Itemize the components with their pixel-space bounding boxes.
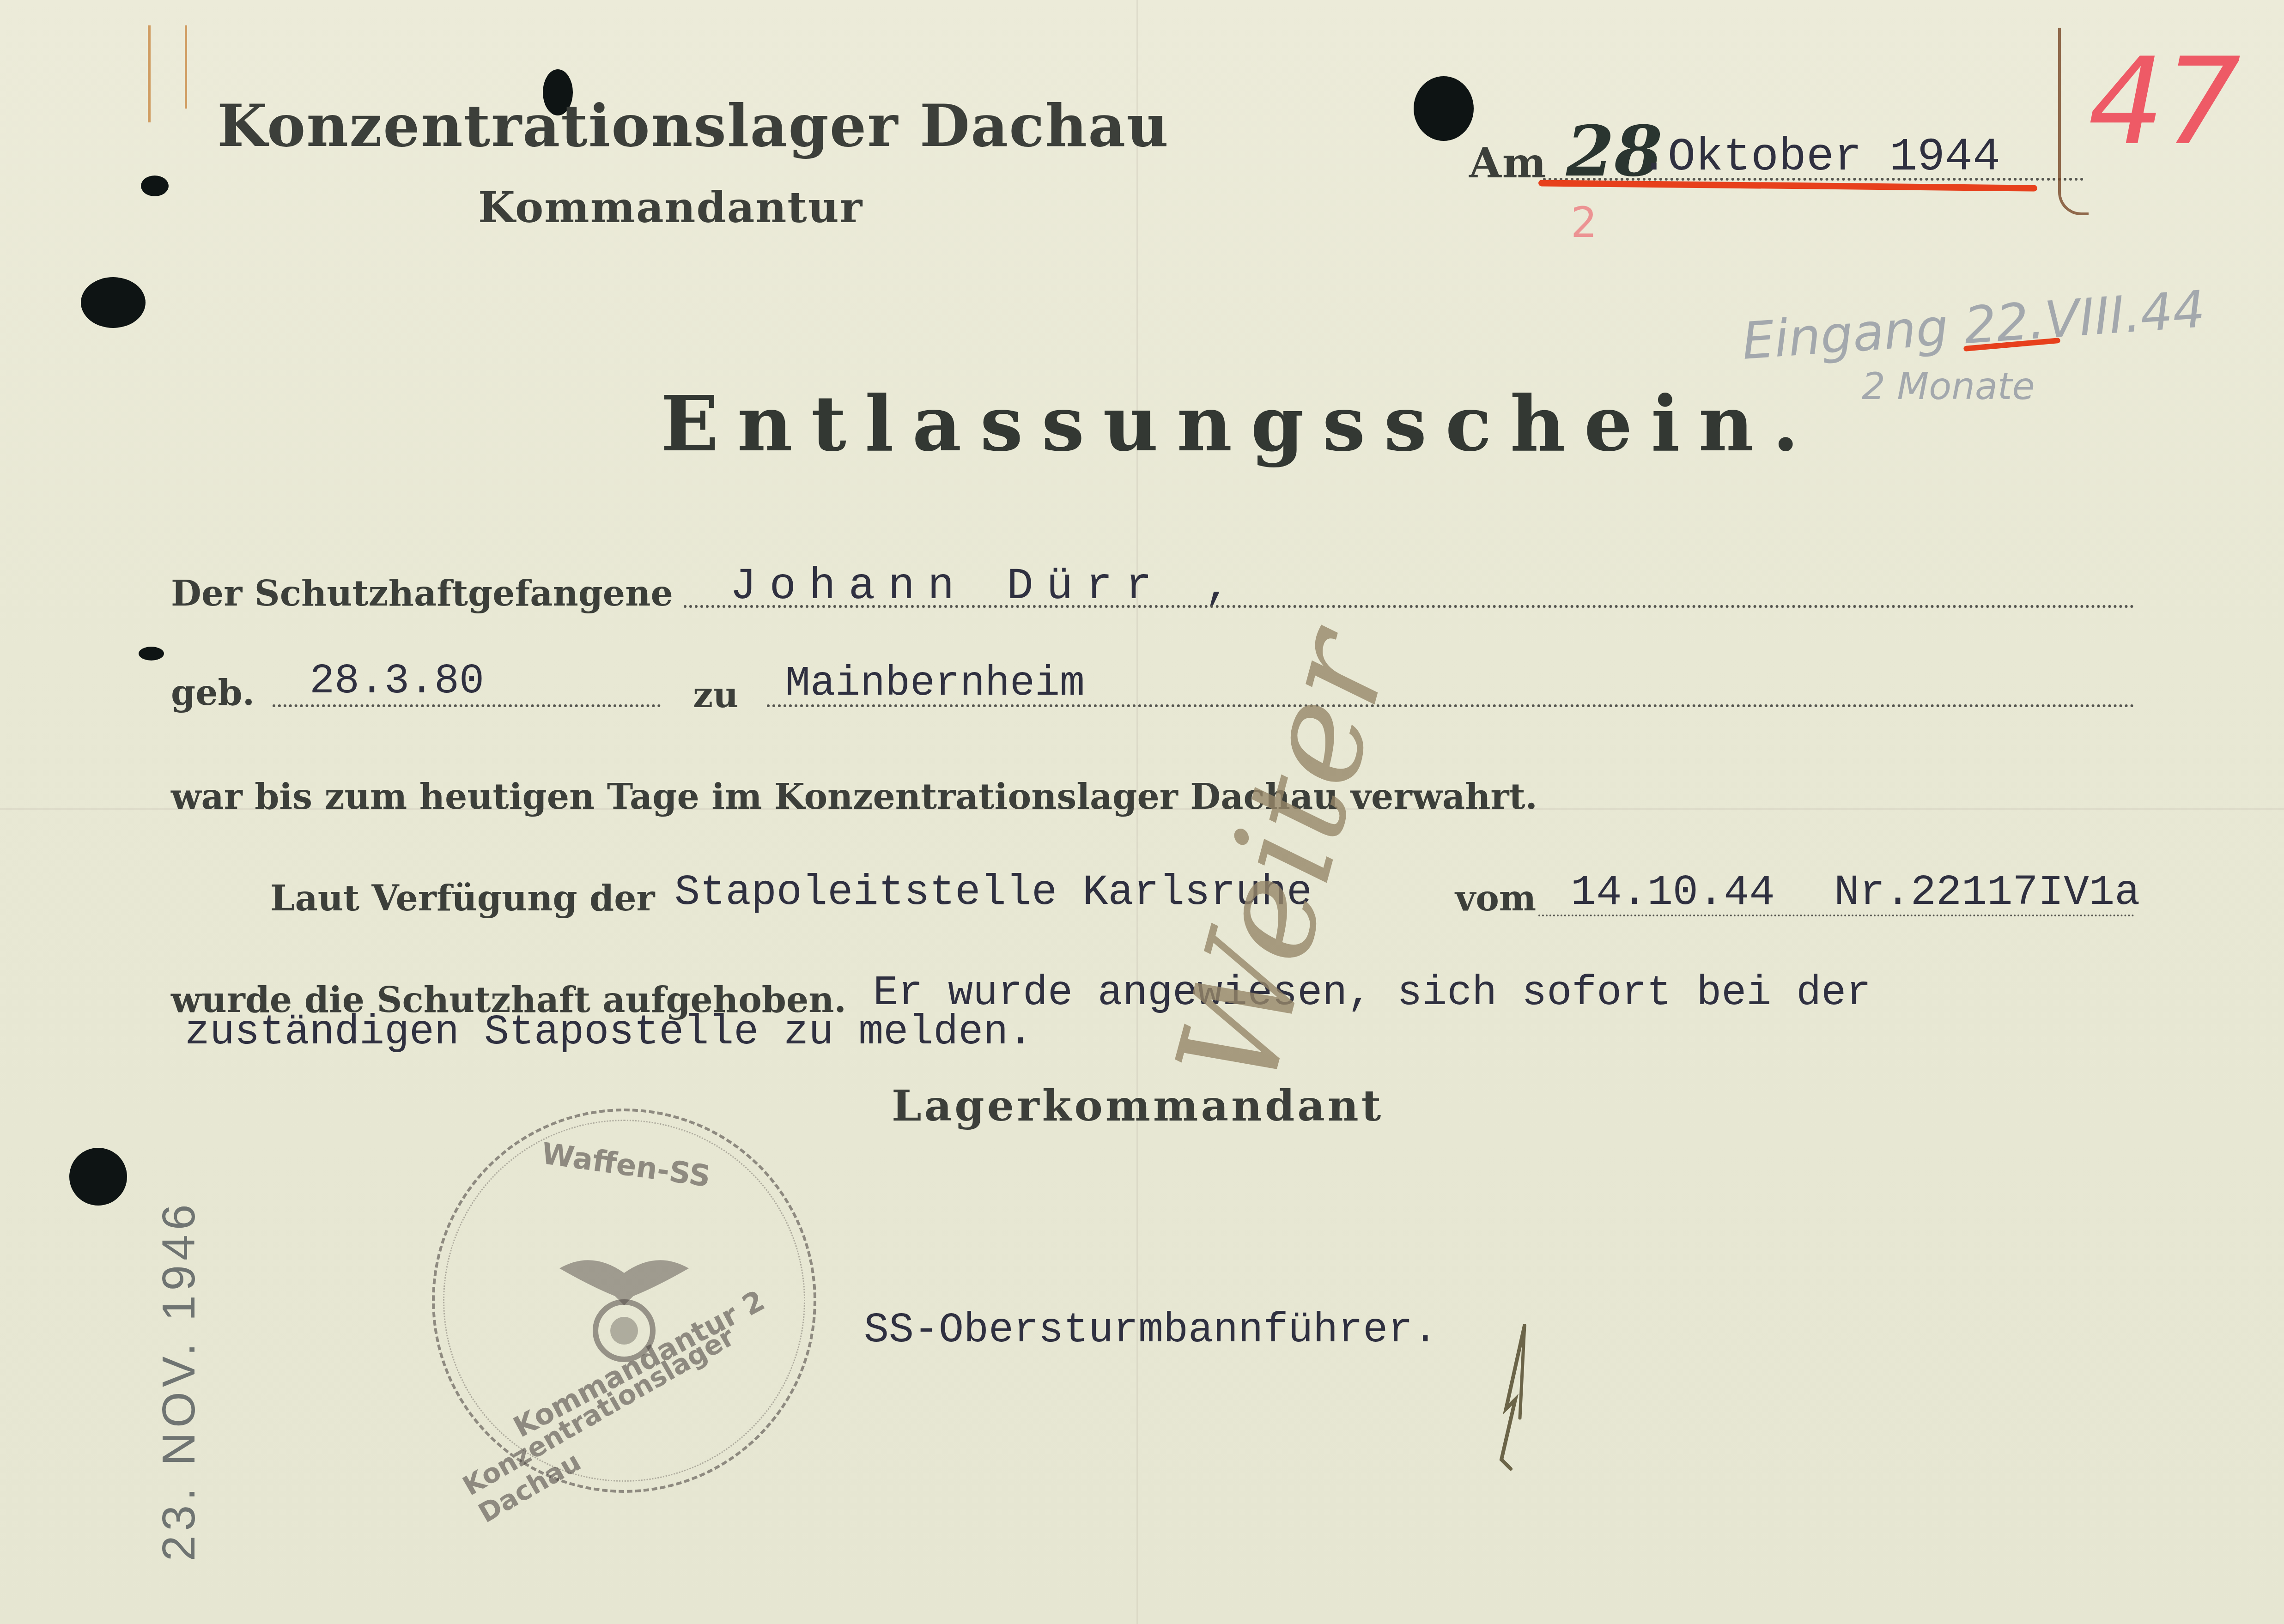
birth-place: Mainbernheim	[785, 661, 1085, 708]
birthplace-dotted-line	[767, 704, 2134, 707]
document-title: Entlassungsschein.	[661, 379, 1817, 468]
official-stamp: Waffen-SS Kommandantur 2 Konzentrationsl…	[432, 1109, 816, 1493]
document-page: Konzentrationslager Dachau Kommandantur …	[0, 0, 2284, 1624]
name-dotted-line	[684, 605, 2134, 608]
punch-hole	[139, 647, 164, 661]
date-dotted-line	[1543, 178, 2084, 181]
label-order: Laut Verfügung der	[270, 878, 655, 919]
punch-hole	[141, 176, 169, 196]
handwritten-signature: Weiter	[1146, 617, 1421, 1104]
order-dotted-line	[1538, 915, 2134, 916]
date-month-year: .Oktober 1944	[1640, 132, 2000, 184]
punch-hole	[1414, 76, 1474, 141]
red-small-mark: 2	[1571, 199, 1597, 247]
label-at: zu	[693, 674, 738, 715]
label-born: geb.	[171, 672, 255, 713]
rust-mark-left	[148, 25, 151, 122]
birthdate-dotted-line	[273, 704, 661, 707]
red-page-number: 47	[2088, 32, 2241, 172]
bracket-mark	[2058, 28, 2089, 215]
instruction-line-2: zuständigen Stapostelle zu melden.	[185, 1009, 1033, 1056]
letterhead-department: Kommandantur	[478, 182, 863, 232]
signature-role: Lagerkommandant	[892, 1081, 1384, 1131]
pencil-note-sub: 2 Monate	[1862, 365, 2035, 408]
label-from: vom	[1455, 878, 1536, 919]
signature-rank: SS-Obersturmbannführer.	[864, 1307, 1438, 1354]
label-prisoner: Der Schutzhaftgefangene	[171, 573, 673, 614]
date-prefix: Am	[1469, 139, 1547, 188]
order-number: Nr.22117IV1a	[1834, 868, 2140, 917]
prisoner-name: Johann Dürr ,	[730, 561, 1244, 612]
pencil-note-receipt: Eingang 22.VIII.44	[1740, 279, 2207, 371]
birth-date: 28.3.80	[310, 658, 484, 705]
letterhead-organization: Konzentrationslager Dachau	[217, 92, 1169, 160]
handwritten-rune-mark	[1488, 1321, 1543, 1478]
order-date: 14.10.44	[1571, 868, 1775, 917]
rust-mark-left-2	[185, 25, 187, 109]
side-date-stamp: 23. NOV. 1946	[152, 1200, 206, 1561]
punch-hole	[69, 1148, 127, 1206]
punch-hole	[81, 277, 146, 328]
